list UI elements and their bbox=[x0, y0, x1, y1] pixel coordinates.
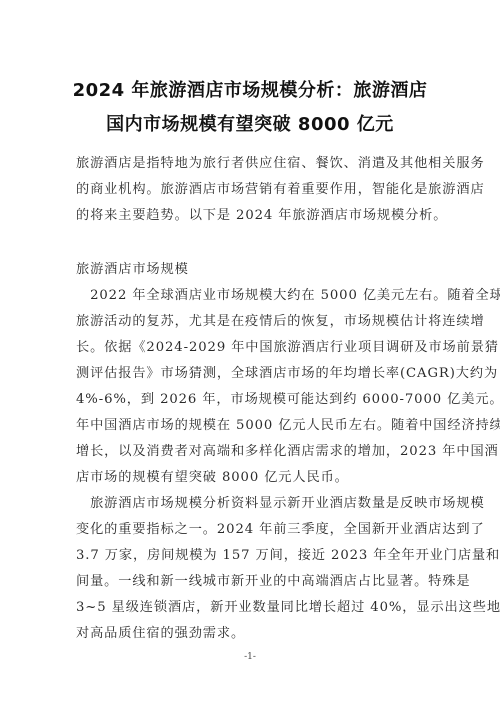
text-line: 的商业机构。旅游酒店市场营销有着重要作用，智能化是旅游酒店 bbox=[76, 177, 426, 203]
document-title: 2024 年旅游酒店市场规模分析：旅游酒店 国内市场规模有望突破 8000 亿元 bbox=[60, 74, 440, 142]
text-line: 间量。一线和新一线城市新开业的中高端酒店占比显著。特殊是 bbox=[76, 569, 426, 595]
text-line: 3.7 万家，房间规模为 157 万间，接近 2023 年全年开业门店量和房 bbox=[76, 543, 426, 569]
text-line: 对高品质住宿的强劲需求。 bbox=[76, 621, 426, 647]
text-line: 旅游活动的复苏，尤其是在疫情后的恢复，市场规模估计将连续增 bbox=[76, 309, 426, 335]
text-line: 2022 年全球酒店业市场规模大约在 5000 亿美元左右。随着全球 bbox=[76, 283, 426, 309]
market-size-paragraph: 2022 年全球酒店业市场规模大约在 5000 亿美元左右。随着全球 旅游活动的… bbox=[76, 283, 426, 491]
title-line-1: 2024 年旅游酒店市场规模分析：旅游酒店 bbox=[60, 74, 440, 108]
new-hotels-paragraph: 旅游酒店市场规模分析资料显示新开业酒店数量是反映市场规模 变化的重要指标之一。2… bbox=[76, 491, 426, 647]
section-heading-text: 旅游酒店市场规模 bbox=[76, 257, 426, 283]
section-heading: 旅游酒店市场规模 bbox=[76, 257, 426, 283]
text-line: 旅游酒店是指特地为旅行者供应住宿、餐饮、消遣及其他相关服务 bbox=[76, 151, 426, 177]
text-line: 店市场的规模有望突破 8000 亿元人民币。 bbox=[76, 465, 426, 491]
text-line: 年中国酒店市场的规模在 5000 亿元人民币左右。随着中国经济持续 bbox=[76, 413, 426, 439]
text-line: 增长，以及消费者对高端和多样化酒店需求的增加，2023 年中国酒 bbox=[76, 439, 426, 465]
text-line: 长。依据《2024-2029 年中国旅游酒店行业项目调研及市场前景猜 bbox=[76, 335, 426, 361]
text-line: 4%-6%，到 2026 年，市场规模可能达到约 6000-7000 亿美元。2… bbox=[76, 387, 426, 413]
text-line: 变化的重要指标之一。2024 年前三季度，全国新开业酒店达到了 bbox=[76, 517, 426, 543]
page-number: -1- bbox=[0, 652, 500, 662]
text-line: 的将来主要趋势。以下是 2024 年旅游酒店市场规模分析。 bbox=[76, 203, 426, 229]
text-line: 旅游酒店市场规模分析资料显示新开业酒店数量是反映市场规模 bbox=[76, 491, 426, 517]
text-line: 3~5 星级连锁酒店，新开业数量同比增长超过 40%，显示出这些地区 bbox=[76, 595, 426, 621]
title-line-2: 国内市场规模有望突破 8000 亿元 bbox=[60, 108, 440, 142]
document-page: 2024 年旅游酒店市场规模分析：旅游酒店 国内市场规模有望突破 8000 亿元… bbox=[0, 0, 500, 707]
text-line: 测评估报告》市场猜测，全球酒店市场的年均增长率(CAGR)大约为 bbox=[76, 361, 426, 387]
intro-paragraph: 旅游酒店是指特地为旅行者供应住宿、餐饮、消遣及其他相关服务 的商业机构。旅游酒店… bbox=[76, 151, 426, 229]
